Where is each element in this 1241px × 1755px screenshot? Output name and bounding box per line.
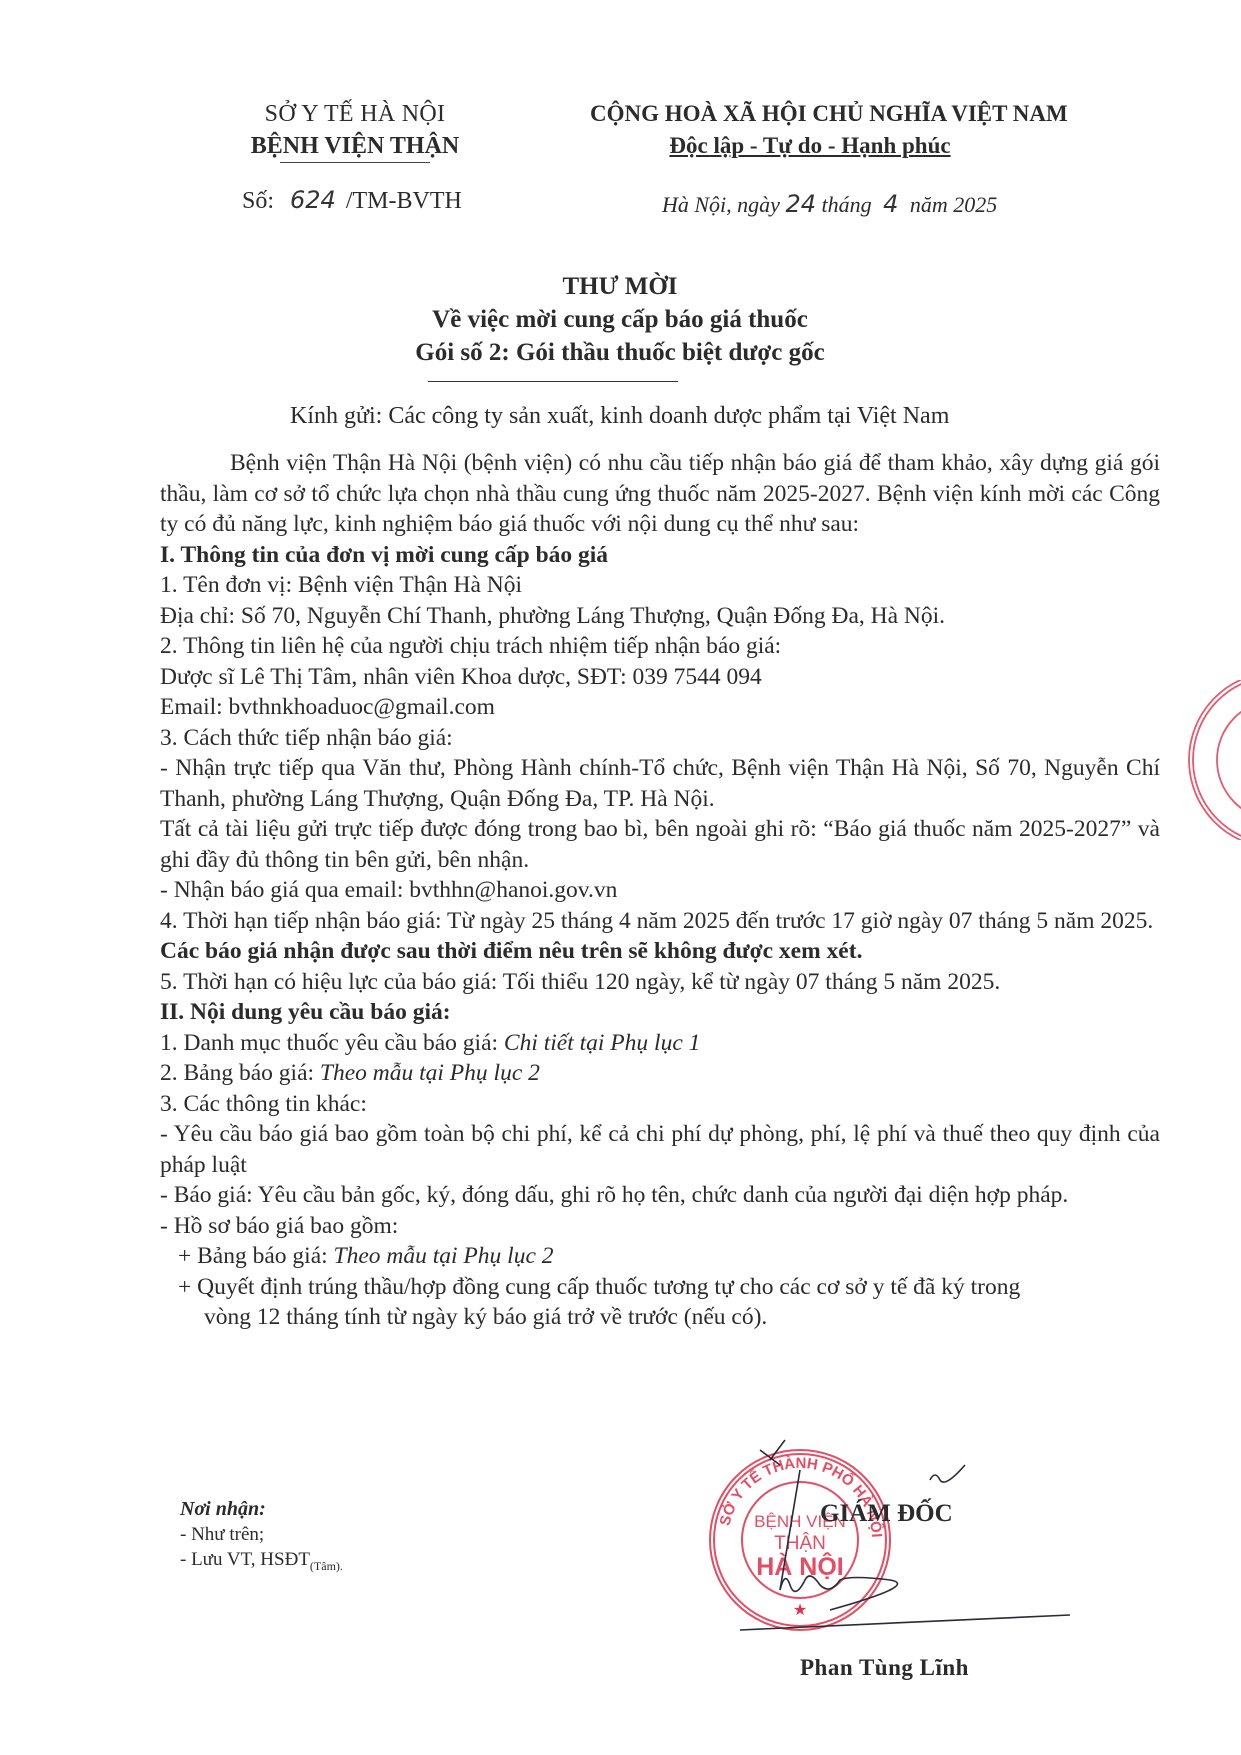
document-number: Số: 624 /TM-BVTH — [242, 186, 462, 215]
intro-paragraph: Bệnh viện Thận Hà Nội (bệnh viện) có nhu… — [160, 448, 1160, 540]
receipt-method-heading: 3. Cách thức tiếp nhận báo giá: — [160, 723, 1160, 754]
title-block: THƯ MỜI Về việc mời cung cấp báo giá thu… — [300, 270, 940, 369]
contact-person: Dược sĩ Lê Thị Tâm, nhân viên Khoa dược,… — [160, 662, 1160, 693]
date-prefix: Hà Nội, ngày — [662, 192, 780, 217]
contact-email[interactable]: Email: bvthnkhoaduoc@gmail.com — [160, 692, 1160, 723]
receipt-direct: - Nhận trực tiếp qua Văn thư, Phòng Hành… — [160, 753, 1160, 814]
dossier-item-b-cont: vòng 12 tháng tính từ ngày ký báo giá tr… — [160, 1302, 1160, 1333]
unit-address: Địa chỉ: Số 70, Nguyễn Chí Thanh, phường… — [160, 601, 1160, 632]
organization-underline — [280, 162, 430, 163]
receipt-deadline: 4. Thời hạn tiếp nhận báo giá: Từ ngày 2… — [160, 906, 1160, 937]
ministry-name: SỞ Y TẾ HÀ NỘI — [200, 98, 510, 130]
national-motto: Độc lập - Tự do - Hạnh phúc — [590, 130, 1030, 162]
number-suffix: /TM-BVTH — [346, 188, 462, 214]
organization-name: BỆNH VIỆN THẬN — [200, 130, 510, 162]
recipients-block: Nơi nhận: - Như trên; - Lưu VT, HSĐT(Tâm… — [180, 1497, 343, 1579]
section-2-heading: II. Nội dung yêu cầu báo giá: — [160, 997, 1160, 1028]
date-year: năm 2025 — [910, 192, 997, 217]
recipient-2: - Lưu VT, HSĐT(Tâm). — [180, 1547, 343, 1579]
recipient-2-text: - Lưu VT, HSĐT — [180, 1549, 310, 1570]
date-month: 4 — [883, 190, 898, 218]
drug-list-label: 1. Danh mục thuốc yêu cầu báo giá: — [160, 1030, 504, 1056]
recipient-line: Kính gửi: Các công ty sản xuất, kinh doa… — [290, 403, 949, 430]
dossier-item-b: + Quyết định trúng thầu/hợp đồng cung cấ… — [160, 1272, 1160, 1303]
title-rule — [428, 381, 678, 382]
letter-body: Bệnh viện Thận Hà Nội (bệnh viện) có nhu… — [160, 448, 1160, 1333]
recipients-label: Nơi nhận: — [180, 1497, 343, 1522]
quote-table-value: Theo mẫu tại Phụ lục 2 — [320, 1060, 540, 1086]
recipient-1: - Như trên; — [180, 1522, 343, 1547]
date-month-label: tháng — [822, 192, 872, 217]
section-1-heading: I. Thông tin của đơn vị mời cung cấp báo… — [160, 540, 1160, 571]
dossier-a-value: Theo mẫu tại Phụ lục 2 — [334, 1243, 554, 1269]
contact-heading: 2. Thông tin liên hệ của người chịu trác… — [160, 631, 1160, 662]
country-name: CỘNG HOÀ XÃ HỘI CHỦ NGHĨA VIỆT NAM — [590, 98, 1030, 130]
dossier-item-a: + Bảng báo giá: Theo mẫu tại Phụ lục 2 — [160, 1241, 1160, 1272]
date-day: 24 — [785, 190, 816, 218]
signer-name: Phan Tùng Lĩnh — [800, 1655, 969, 1681]
drug-list-value: Chi tiết tại Phụ lục 1 — [504, 1030, 700, 1056]
quote-requirement: - Báo giá: Yêu cầu bản gốc, ký, đóng dấu… — [160, 1180, 1160, 1211]
late-quote-warning: Các báo giá nhận được sau thời điểm nêu … — [160, 936, 1160, 967]
signature-scribble — [740, 1430, 1080, 1650]
document-subject: Về việc mời cung cấp báo giá thuốc — [300, 303, 940, 336]
partial-stamp-edge — [1182, 680, 1241, 840]
document-type: THƯ MỜI — [300, 270, 940, 303]
receipt-email[interactable]: - Nhận báo giá qua email: bvthhn@hanoi.g… — [160, 875, 1160, 906]
issuer-block: SỞ Y TẾ HÀ NỘI BỆNH VIỆN THẬN — [200, 98, 510, 163]
quote-table-label: 2. Bảng báo giá: — [160, 1060, 320, 1086]
national-header: CỘNG HOÀ XÃ HỘI CHỦ NGHĨA VIỆT NAM Độc l… — [590, 98, 1030, 162]
number-prefix: Số: — [242, 188, 274, 214]
other-info-heading: 3. Các thông tin khác: — [160, 1089, 1160, 1120]
dossier-a-label: + Bảng báo giá: — [178, 1243, 334, 1269]
date-line: Hà Nội, ngày 24 tháng 4 năm 2025 — [662, 190, 997, 218]
quote-validity: 5. Thời hạn có hiệu lực của báo giá: Tối… — [160, 967, 1160, 998]
number-handwritten: 624 — [290, 186, 336, 214]
unit-name: 1. Tên đơn vị: Bệnh viện Thận Hà Nội — [160, 570, 1160, 601]
quote-table-item: 2. Bảng báo giá: Theo mẫu tại Phụ lục 2 — [160, 1058, 1160, 1089]
cost-requirement: - Yêu cầu báo giá bao gồm toàn bộ chi ph… — [160, 1119, 1160, 1180]
recipient-2-note: (Tâm). — [310, 1559, 343, 1573]
package-name: Gói số 2: Gói thầu thuốc biệt dược gốc — [300, 336, 940, 369]
dossier-heading: - Hồ sơ báo giá bao gồm: — [160, 1211, 1160, 1242]
drug-list-item: 1. Danh mục thuốc yêu cầu báo giá: Chi t… — [160, 1028, 1160, 1059]
receipt-packaging: Tất cả tài liệu gửi trực tiếp được đóng … — [160, 814, 1160, 875]
